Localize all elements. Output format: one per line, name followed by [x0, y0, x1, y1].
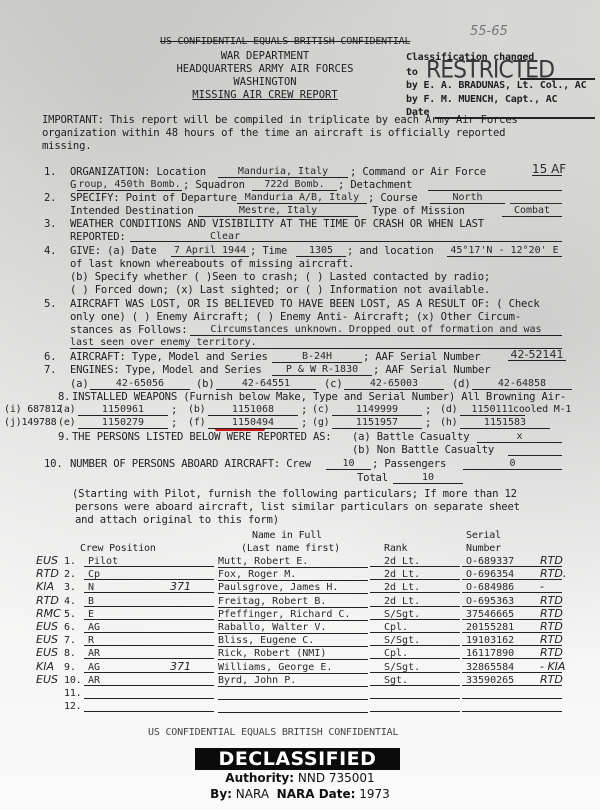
nonbattle-label: (b) Non Battle Casualty — [352, 444, 494, 456]
weapon-key: (d) — [440, 404, 457, 416]
item3-num: 3. — [44, 218, 56, 230]
reclass-by1: by E. A. BRADUNAS, Lt. Col., AC — [406, 80, 586, 92]
item8-label: INSTALLED WEAPONS (Furnish below Make, T… — [72, 391, 566, 403]
by-label: By: — [210, 787, 232, 801]
item2-num: 2. — [44, 192, 56, 204]
crew-status-handwritten: EUS — [36, 554, 58, 567]
engine-key: (b) — [196, 378, 215, 390]
crew-handwritten-mark: 371 — [170, 580, 191, 593]
weapon-side-j: (j)149788 — [4, 417, 56, 429]
nara-date-label: NARA Date: — [277, 787, 356, 801]
by-line: By: NARA NARA Date: 1973 — [150, 787, 450, 801]
item4-b-line2: ( ) Forced down; (x) Last sighted; or ( … — [70, 284, 490, 296]
item4-num: 4. — [44, 245, 56, 257]
crew-row-number: 10. — [64, 675, 81, 687]
engine-key: (c) — [324, 378, 343, 390]
crew-rank-field[interactable]: S/Sgt. — [370, 635, 460, 646]
departure-field[interactable]: Manduria A/B, Italy — [237, 192, 367, 204]
separator: ; — [171, 404, 177, 416]
passengers-label: ; Passengers — [372, 458, 446, 470]
crew-row-number: 5. — [64, 609, 76, 621]
total-label: Total — [357, 472, 388, 484]
authority-label: Authority: — [225, 771, 294, 785]
crew-position-field[interactable]: E — [84, 609, 214, 620]
item9-num: 9. — [58, 431, 70, 443]
crew-rank-field[interactable]: Cpl. — [370, 622, 460, 633]
crew-handwritten-note: RTD — [540, 646, 563, 659]
weapon-key: (g) — [312, 417, 329, 429]
crew-rank-field[interactable]: 2d Lt. — [370, 569, 460, 580]
weapon-key: (f) — [188, 417, 205, 429]
crew-row-number: 12. — [64, 701, 81, 713]
crew-position-field[interactable] — [84, 688, 214, 699]
weapon-serial-field[interactable]: 1151957 — [332, 417, 422, 429]
aircraft-type-field[interactable]: B-24H — [272, 351, 362, 363]
crew-name-field[interactable]: Mutt, Robert E. — [218, 556, 368, 568]
header-rank: Rank — [384, 543, 407, 555]
time-label: ; Time — [250, 245, 287, 257]
item3-label1: WEATHER CONDITIONS AND VISIBILITY AT THE… — [70, 218, 484, 230]
weapon-serial-field[interactable]: 1150279 — [78, 417, 168, 429]
item6-label: AIRCRAFT: Type, Model and Series — [70, 351, 268, 363]
item10-label: NUMBER OF PERSONS ABOARD AIRCRAFT: Crew — [70, 458, 311, 470]
crew-position-field[interactable]: AG — [84, 622, 214, 633]
crew-rank-field[interactable] — [370, 688, 460, 699]
city: WASHINGTON — [120, 76, 410, 89]
reclass-to-label: to — [406, 67, 418, 79]
crew-handwritten-note: RTD — [540, 620, 563, 633]
command-field[interactable]: 15 AF — [532, 164, 562, 176]
engine-serial-field[interactable]: 42-65003 — [344, 378, 444, 390]
engine-serial-field[interactable]: 42-65056 — [90, 378, 190, 390]
crew-name-field[interactable]: Paulsgrove, James H. — [218, 582, 368, 594]
crew-handwritten-note: - KIA — [540, 660, 565, 673]
authority-value: NND 735001 — [298, 771, 375, 785]
circumstances-field-1[interactable]: Circumstances unknown. Dropped out of fo… — [190, 324, 562, 336]
item4-line2: of last known whereabouts of missing air… — [70, 258, 354, 270]
crew-handwritten-mark: 371 — [170, 660, 191, 673]
weapon-serial-field[interactable]: 1151583 — [460, 417, 550, 429]
header-name1: Name in Full — [252, 530, 322, 542]
battle-casualty-field[interactable]: x — [477, 431, 562, 443]
crew-row-number: 2. — [64, 569, 76, 581]
total-field[interactable]: 10 — [393, 472, 463, 484]
mission-label: Type of Mission — [372, 205, 465, 217]
mission-field[interactable]: Combat — [502, 205, 562, 217]
crew-row-number: 9. — [64, 662, 76, 674]
weather-field[interactable]: Clear — [130, 231, 562, 242]
time-field[interactable]: 1305 — [296, 245, 346, 257]
item5-line3-label: stances as Follows: — [70, 324, 187, 336]
classification-bottom: US CONFIDENTIAL EQUALS BRITISH CONFIDENT… — [148, 727, 398, 739]
important-line3: missing. — [42, 140, 91, 152]
crew-position-field[interactable]: R — [84, 635, 214, 646]
separator: ; — [425, 404, 431, 416]
coordinates-field[interactable]: 45°17'N - 12°20' E — [447, 245, 562, 257]
weapon-serial-field[interactable]: 1150961 — [78, 404, 168, 416]
crew-position-field[interactable] — [84, 701, 214, 712]
header-position: Crew Position — [80, 543, 156, 555]
header-serial1: Serial — [466, 530, 501, 542]
nara-date-value: 1973 — [359, 787, 390, 801]
crew-rank-field[interactable] — [370, 701, 460, 712]
crew-status-handwritten: EUS — [36, 633, 58, 646]
crew-name-field[interactable]: Byrd, John P. — [218, 675, 368, 687]
item5-line2: only one) ( ) Enemy Aircraft; ( ) Enemy … — [70, 311, 521, 323]
crew-rank-field[interactable]: Cpl. — [370, 648, 460, 659]
weapon-side-i: (i) 687812 — [4, 404, 62, 416]
crew-name-field[interactable] — [218, 701, 368, 713]
detachment-field[interactable] — [428, 179, 562, 191]
header-serial2: Number — [466, 543, 501, 555]
crew-rank-field[interactable]: 2d Lt. — [370, 582, 460, 593]
crew-rank-field[interactable]: S/Sgt. — [370, 609, 460, 620]
weapon-serial-field[interactable]: 1149999 — [332, 404, 422, 416]
crew-rank-field[interactable]: S/Sgt. — [370, 662, 460, 673]
weapon-key: (b) — [188, 404, 205, 416]
crew-status-handwritten: EUS — [36, 646, 58, 659]
crew-status-handwritten: RTD — [36, 567, 59, 580]
crew-name-field[interactable]: Williams, George E. — [218, 662, 368, 674]
crew-status-handwritten: EUS — [36, 620, 58, 633]
crew-status-handwritten: KIA — [36, 660, 54, 673]
squadron-label: ; Squadron — [183, 179, 245, 191]
nonbattle-casualty-field[interactable] — [508, 444, 562, 456]
crew-name-field[interactable]: Fox, Roger M. — [218, 569, 368, 581]
crew-handwritten-note: RTD — [540, 673, 563, 686]
crew-handwritten-note: RTD — [540, 633, 563, 646]
department: WAR DEPARTMENT — [120, 50, 410, 63]
reclass-by2: by F. M. MUENCH, Capt., AC — [406, 94, 557, 106]
crew-position-field[interactable]: B — [84, 596, 214, 607]
crew-rank-field[interactable]: 2d Lt. — [370, 596, 460, 607]
crew-row-number: 7. — [64, 635, 76, 647]
engine-type-field[interactable]: P & W R-1830 — [272, 364, 372, 376]
crew-serial-field[interactable] — [462, 701, 562, 712]
authority-line: Authority: NND 735001 — [150, 771, 450, 785]
item3-label2: REPORTED: — [70, 231, 126, 243]
item4-b-line1: (b) Specify whether ( )Seen to crash; ( … — [70, 271, 490, 283]
course-field[interactable]: North — [430, 192, 505, 204]
squadron-field[interactable]: 722d Bomb. — [252, 179, 337, 191]
separator: ; — [301, 417, 307, 429]
hq-name: HEADQUARTERS ARMY AIR FORCES — [120, 63, 410, 76]
item5-num: 5. — [44, 298, 56, 310]
group-prefix: G — [70, 179, 76, 191]
crew-handwritten-note: RTD. — [540, 567, 566, 580]
location-label: ; and location — [347, 245, 434, 257]
engine-key: (a) — [70, 378, 89, 390]
engine-key: (d) — [452, 378, 471, 390]
crew-position-field[interactable]: AG — [84, 662, 214, 673]
crew-row-number: 1. — [64, 556, 76, 568]
crew-name-field[interactable]: Bliss, Eugene C. — [218, 635, 368, 647]
weapon-serial-field[interactable]: 1151068 — [208, 404, 298, 416]
item9-label: THE PERSONS LISTED BELOW WERE REPORTED A… — [72, 431, 331, 443]
item1-num: 1. — [44, 166, 56, 178]
handwritten-ref: 55-65 — [470, 24, 508, 39]
important-line1: IMPORTANT: This report will be compiled … — [42, 114, 518, 126]
crew-name-field[interactable]: Freitag, Robert B. — [218, 596, 368, 608]
item7-label: ENGINES: Type, Model and Series — [70, 364, 262, 376]
crew-position-field[interactable]: Pilot — [84, 556, 214, 567]
weapon-key: (c) — [312, 404, 329, 416]
crew-status-handwritten: KIA — [36, 580, 54, 593]
engine-serial-field[interactable]: 42-64551 — [216, 378, 316, 390]
crew-status-handwritten: RMC — [36, 607, 61, 620]
item4-label: GIVE: (a) Date — [70, 245, 157, 257]
header-name2: (Last name first) — [241, 543, 340, 555]
crew-row-number: 3. — [64, 582, 76, 594]
passengers-field[interactable]: 0 — [463, 458, 562, 470]
course-extra-line — [510, 203, 562, 204]
detachment-label: ; Detachment — [338, 179, 412, 191]
aircraft-serial-field[interactable]: 42-52141 — [508, 349, 566, 361]
crew-row-number: 6. — [64, 622, 76, 634]
crew-row-number: 4. — [64, 596, 76, 608]
crew-position-field[interactable]: Cp — [84, 569, 214, 580]
instructions-line1: (Starting with Pilot, furnish the follow… — [72, 488, 517, 500]
declassified-stamp: DECLASSIFIED — [195, 748, 400, 770]
weapon-key: (e) — [58, 417, 75, 429]
item1-label: ORGANIZATION: Location — [70, 166, 206, 178]
by-value: NARA — [236, 787, 269, 801]
instructions-line2: persons were aboard aircraft, list simil… — [75, 501, 520, 513]
destination-field[interactable]: Mestre, Italy — [198, 205, 358, 217]
crew-name-field[interactable] — [218, 688, 368, 700]
item10-num: 10. — [44, 458, 63, 470]
crew-rank-field[interactable]: 2d Lt. — [370, 556, 460, 567]
destination-label: Intended Destination — [70, 205, 194, 217]
weapon-serial-field[interactable]: 1150494 — [208, 417, 298, 429]
crew-row-number: 8. — [64, 648, 76, 660]
crew-handwritten-note: RTD — [540, 554, 563, 567]
group-field[interactable]: roup, 450th Bomb. — [77, 179, 182, 191]
crew-status-handwritten: EUS — [36, 673, 58, 686]
document-page: US CONFIDENTIAL EQUALS BRITISH CONFIDENT… — [0, 0, 600, 810]
crew-name-field[interactable]: Rick, Robert (NMI) — [218, 648, 368, 660]
crew-serial-field[interactable] — [462, 688, 562, 699]
instructions-line3: and attach original to this form) — [75, 514, 279, 526]
important-line2: organization within 48 hours of the time… — [42, 127, 505, 139]
item7-num: 7. — [44, 364, 56, 376]
crew-handwritten-note: RTD — [540, 607, 563, 620]
crew-position-field[interactable]: AR — [84, 648, 214, 659]
classification-top: US CONFIDENTIAL EQUALS BRITISH CONFIDENT… — [160, 36, 410, 48]
crew-rank-field[interactable]: Sgt. — [370, 675, 460, 686]
item6-num: 6. — [44, 351, 56, 363]
org-location-field[interactable]: Manduria, Italy — [218, 166, 348, 178]
item5-line1: AIRCRAFT WAS LOST, OR IS BELIEVED TO HAV… — [70, 298, 540, 310]
command-label: ; Command or Air Force — [350, 166, 486, 178]
course-label: ; Course — [368, 192, 417, 204]
engine-serial-label: ; AAF Serial Number — [373, 364, 490, 376]
crew-status-handwritten: RTD — [36, 594, 59, 607]
date-field[interactable]: 7 April 1944 — [171, 245, 249, 257]
item8-num: 8. — [58, 391, 70, 403]
engine-serial-field[interactable]: 42-64858 — [472, 378, 572, 390]
crew-handwritten-note: - — [540, 580, 544, 593]
separator: ; — [301, 404, 307, 416]
weapon-key: (h) — [440, 417, 457, 429]
battle-label: (a) Battle Casualty — [352, 431, 469, 443]
crew-name-field[interactable]: Raballo, Walter V. — [218, 622, 368, 634]
crew-position-field[interactable]: N — [84, 582, 214, 593]
crew-serial-field[interactable]: O-684986 — [462, 582, 562, 593]
report-title: MISSING AIR CREW REPORT — [120, 89, 410, 102]
crew-count-field[interactable]: 10 — [326, 458, 371, 470]
crew-row-number: 11. — [64, 688, 81, 700]
crew-name-field[interactable]: Pfeffinger, Richard C. — [218, 609, 368, 621]
circumstances-field-2[interactable]: last seen over enemy territory. — [70, 337, 562, 349]
crew-position-field[interactable]: AR — [84, 675, 214, 686]
weapon-key: (a) — [58, 404, 75, 416]
item2-label: SPECIFY: Point of Departure — [70, 192, 237, 204]
separator: ; — [425, 417, 431, 429]
cooled-note: cooled M-1 — [513, 404, 571, 416]
separator: ; — [171, 417, 177, 429]
aircraft-serial-label: ; AAF Serial Number — [363, 351, 480, 363]
crew-handwritten-note: RTD — [540, 594, 563, 607]
